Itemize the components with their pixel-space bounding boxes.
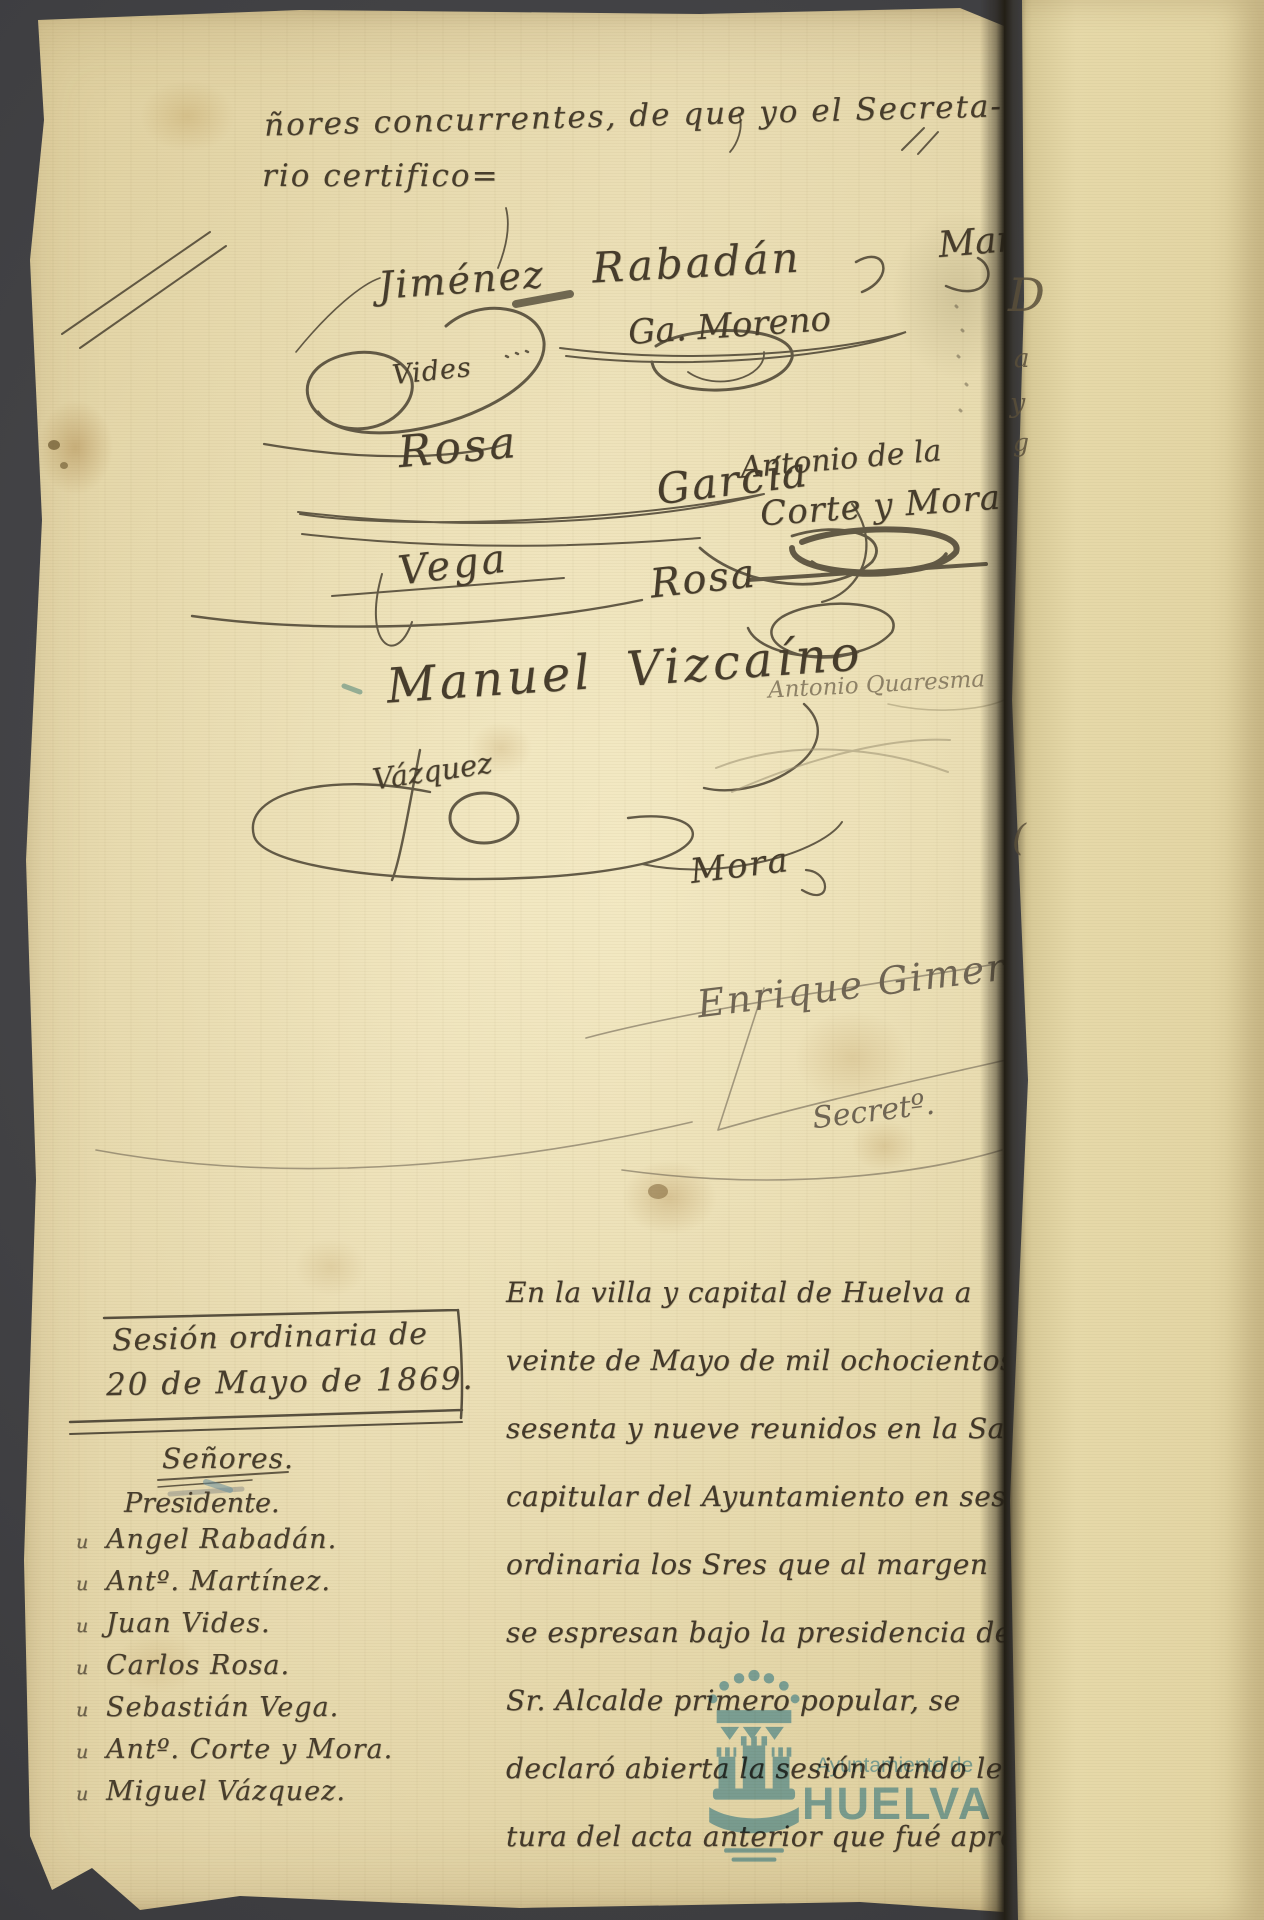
body-line: se espresan bajo la presidencia del — [506, 1616, 1006, 1684]
body-line: Sr. Alcalde primero popular, se — [506, 1684, 1006, 1752]
handwriting-fragment: y — [1010, 388, 1025, 419]
attendee-list: uAngel Rabadán. uAntº. Martínez. uJuan V… — [76, 1524, 393, 1818]
body-line: ordinaria los Sres que al margen — [506, 1548, 1006, 1616]
ditto-mark: u — [76, 1573, 106, 1595]
mora-tail — [802, 870, 825, 895]
teal-smudge — [344, 686, 360, 692]
attendee-name: Angel Rabadán. — [106, 1524, 337, 1555]
ditto-mark: u — [76, 1699, 106, 1721]
attendee-row: uMiguel Vázquez. — [76, 1776, 393, 1818]
attendee-name: Antº. Martínez. — [106, 1566, 331, 1597]
rabadan-rubric — [856, 257, 883, 292]
attendee-row: uAntº. Martínez. — [76, 1566, 393, 1608]
body-line: tura del acta anterior que fué aprobada. — [506, 1820, 1006, 1888]
vazquez-rubric — [253, 784, 693, 879]
quaresma-underline — [888, 698, 1008, 710]
scanned-manuscript-page: ñores concurrentes, de que yo el Secreta… — [0, 0, 1264, 1920]
corner-slash-marks — [62, 232, 226, 348]
handwriting-fragment: g — [1013, 428, 1029, 457]
attendee-name: Miguel Vázquez. — [106, 1776, 346, 1807]
ditto-mark: u — [76, 1741, 106, 1763]
vizcaino-sweep — [704, 704, 818, 790]
attendee-name: Carlos Rosa. — [106, 1650, 290, 1681]
vega-underline — [192, 600, 642, 627]
attendee-row: uSebastián Vega. — [76, 1692, 393, 1734]
signature-rosa: Rosa — [396, 417, 520, 478]
ditto-mark: u — [76, 1657, 106, 1679]
attendee-row: uJuan Vides. — [76, 1608, 393, 1650]
handwriting-fragment: a — [1014, 344, 1030, 374]
secret-underline — [622, 1150, 1002, 1180]
session-box-line1: Sesión ordinaria de — [112, 1317, 429, 1359]
faint-cross-strokes — [716, 740, 950, 792]
session-box-border — [70, 1422, 462, 1434]
session-box-line2: 20 de Mayo de 1869. — [106, 1361, 475, 1403]
attendee-row: uAngel Rabadán. — [76, 1524, 393, 1566]
attendee-name: Antº. Corte y Mora. — [106, 1734, 393, 1765]
enrique-flourish — [96, 1122, 692, 1169]
ink-speckles — [956, 306, 967, 411]
attendees-heading: Señores. — [162, 1442, 294, 1475]
body-line: declaró abierta la sesión dando lec- — [506, 1752, 1006, 1820]
handwriting-fragment: ( — [1012, 818, 1026, 859]
minutes-body-paragraph: En la villa y capital de Huelva a veinte… — [506, 1276, 1006, 1888]
ditto-mark: u — [76, 1615, 106, 1637]
jimenez-rubric — [296, 278, 380, 352]
attendee-name: Juan Vides. — [106, 1608, 271, 1639]
closing-text-line: rio certifico= — [262, 158, 500, 194]
body-line: capitular del Ayuntamiento en sesión — [506, 1480, 1006, 1548]
vazquez-rubric — [450, 793, 518, 843]
body-line: En la villa y capital de Huelva a — [506, 1276, 1006, 1344]
ditto-mark: u — [76, 1531, 106, 1553]
president-label: Presidente. — [124, 1488, 280, 1519]
body-line: sesenta y nueve reunidos en la Sala — [506, 1412, 1006, 1480]
attendee-name: Sebastián Vega. — [106, 1692, 339, 1723]
ditto-mark: u — [76, 1783, 106, 1805]
vides-dots — [506, 351, 528, 357]
body-line: veinte de Mayo de mil ochocientos — [506, 1344, 1006, 1412]
attendee-row: uAntº. Corte y Mora. — [76, 1734, 393, 1776]
handwriting-fragment: D — [1008, 268, 1045, 322]
attendee-row: uCarlos Rosa. — [76, 1650, 393, 1692]
margin-tick-marks — [902, 128, 938, 154]
